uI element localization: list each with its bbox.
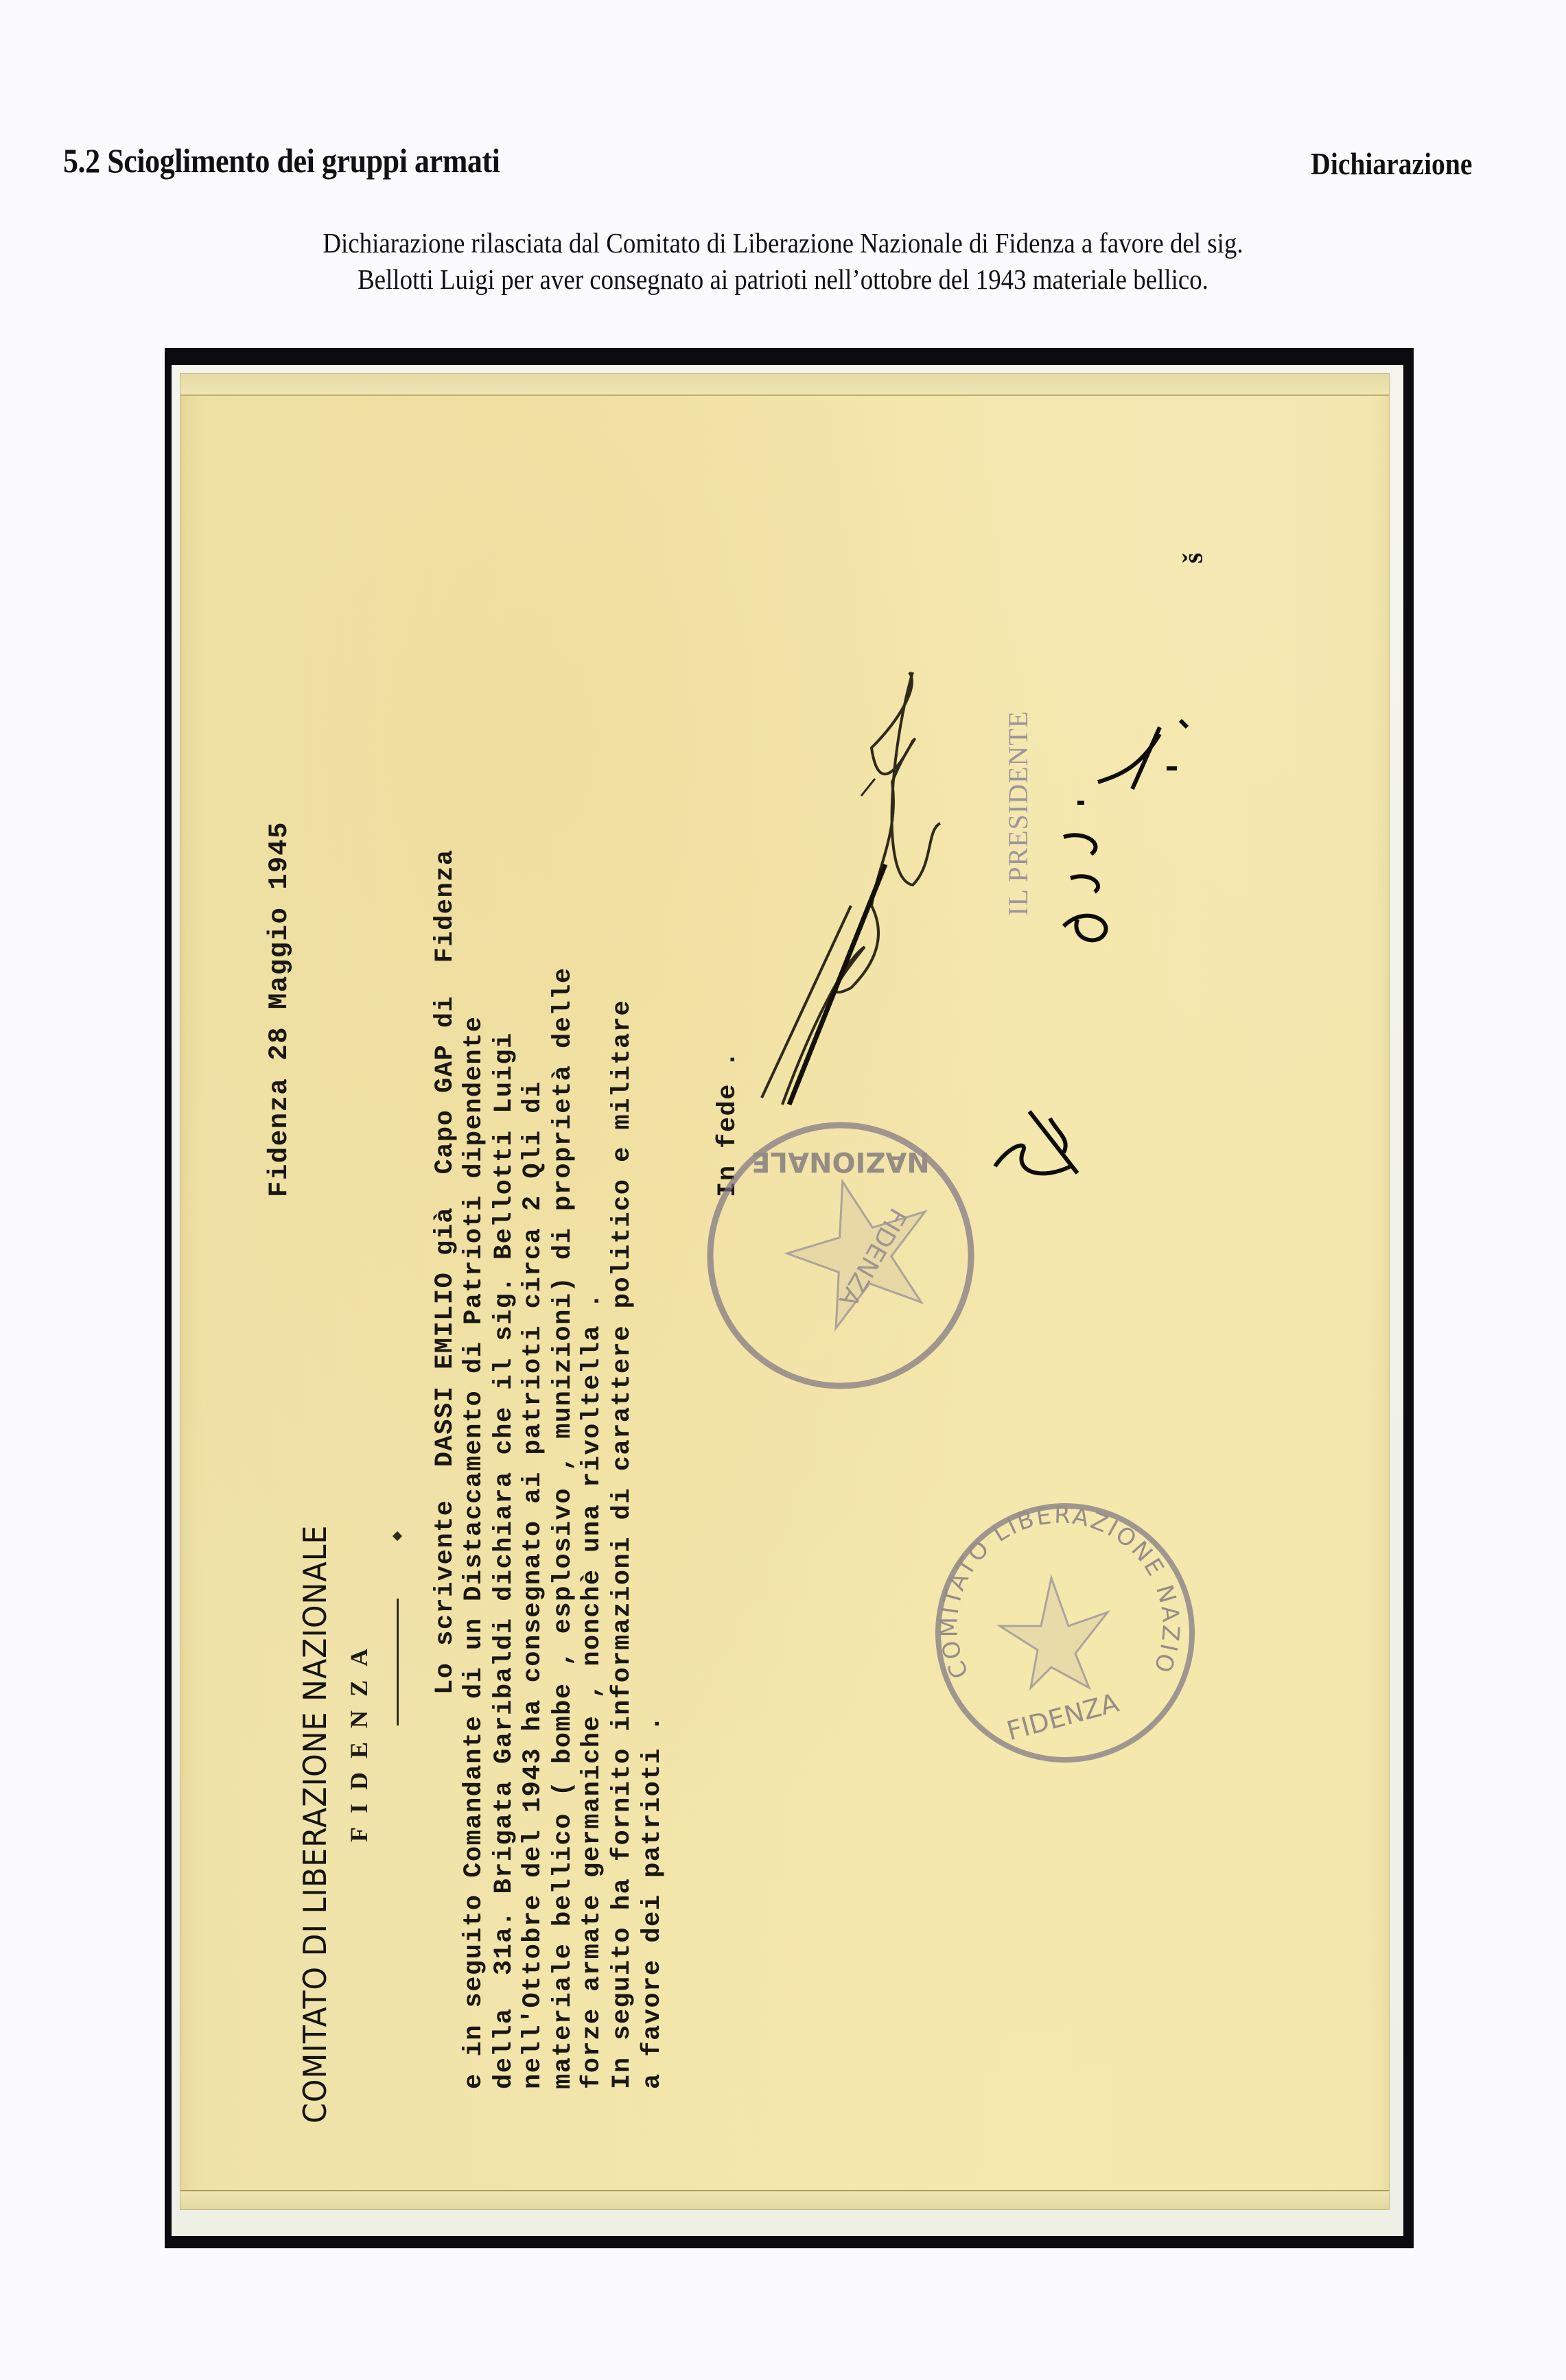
- svg-text:FIDENZA: FIDENZA: [1003, 1688, 1122, 1747]
- caption-line-2: Bellotti Luigi per aver consegnato ai pa…: [78, 261, 1488, 298]
- signature-dassi: [741, 659, 1016, 1153]
- body-line-8: a favore dei patrioti .: [638, 1715, 667, 2089]
- letterhead-rule: [397, 1599, 399, 1725]
- caption-line-1: Dichiarazione rilasciata dal Comitato di…: [78, 225, 1488, 261]
- date-line: Fidenza 28 Maggio 1945: [264, 821, 294, 1197]
- cln-stamp-1: NAZIONALE FIDENZA: [697, 1111, 985, 1400]
- letterhead-subtitle: FIDENZA: [344, 1635, 373, 1842]
- section-title: 5.2 Scioglimento dei gruppi armati: [63, 141, 500, 180]
- body-line-7: In seguito ha fornito informazioni di ca…: [608, 1000, 637, 2089]
- paper-bottom-edge: [180, 2190, 1389, 2209]
- cln-stamp-2: COMITATO LIBERAZIONE NAZIONALE FIDENZA: [928, 1496, 1202, 1770]
- caption: Dichiarazione rilasciata dal Comitato di…: [0, 225, 1566, 298]
- signature-president: [981, 700, 1201, 1214]
- body-line-6: forze armate germaniche , nonchè una riv…: [578, 1293, 607, 2089]
- body-line-4: nell'Ottobre del 1943 ha consegnato ai p…: [519, 1081, 548, 2089]
- body-line-1: Lo scrivente DASSI EMILIO già Capo GAP d…: [431, 849, 460, 1695]
- paper-top-edge: [180, 374, 1389, 396]
- body-line-2: e in seguito Comandante di un Distaccame…: [460, 1016, 489, 2089]
- section-tag: Dichiarazione: [1311, 145, 1472, 182]
- corner-mark: š: [1176, 553, 1208, 564]
- body-line-3: della 31a. Brigata Garibaldi dichiara ch…: [490, 1032, 519, 2089]
- letterhead-title: COMITATO DI LIBERAZIONE NAZIONALE: [296, 1525, 334, 2123]
- body-line-5: materiale bellico ( bombe , esplosivo , …: [549, 967, 578, 2089]
